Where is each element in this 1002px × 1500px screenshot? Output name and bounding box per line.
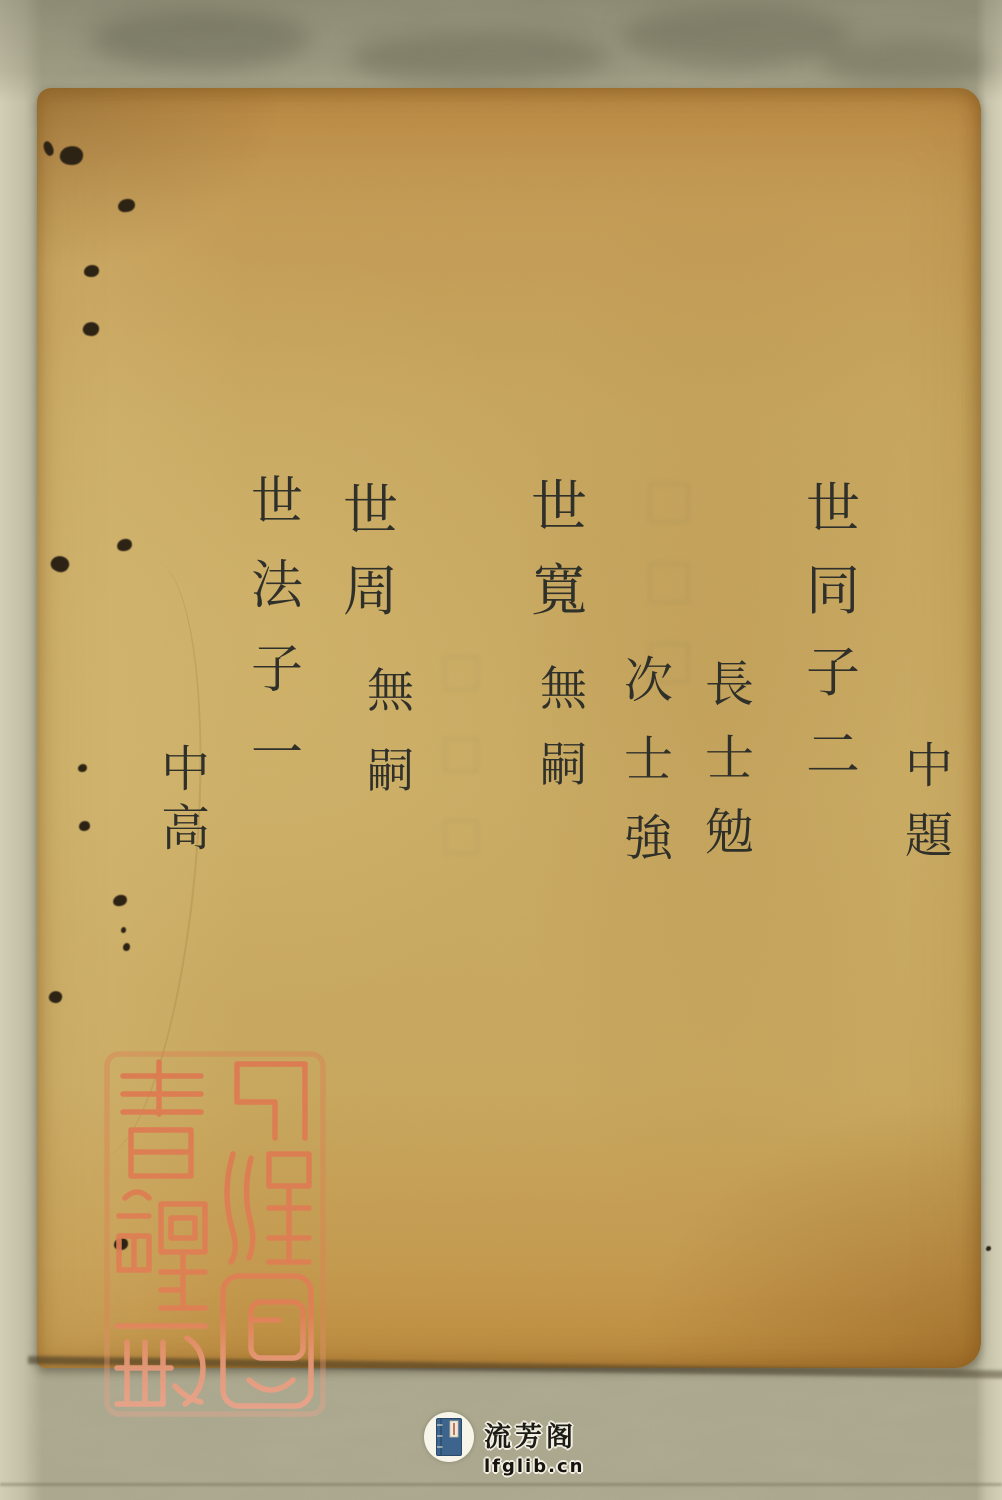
backing-sheet-edge-line <box>0 1483 1002 1486</box>
watermark-site-url: lfglib.cn <box>484 1456 584 1477</box>
site-watermark: 流芳阁 lfglib.cn <box>424 1412 584 1477</box>
seal-glyph-shang <box>237 1064 305 1138</box>
watermark-site-name: 流芳阁 <box>484 1415 584 1454</box>
backing-blotch <box>620 6 850 66</box>
seal-glyph-guan <box>119 1192 205 1308</box>
seal-glyph-shu <box>123 1062 201 1176</box>
backing-blotch <box>90 8 310 68</box>
seal-glyph-cang <box>117 1326 205 1404</box>
book-icon <box>436 1418 462 1456</box>
backing-blotch <box>350 30 610 85</box>
backing-left-edge <box>0 0 42 1500</box>
scanned-genealogy-page: □□□□□□ 世同子二中題長士勉次士強世寬無嗣世周無嗣世法子一中高 上海圖書館藏 <box>0 0 1002 1500</box>
watermark-badge <box>424 1412 474 1462</box>
backing-blotch <box>820 38 990 88</box>
seal-glyph-tu <box>223 1276 311 1406</box>
seal-glyph-hai <box>227 1154 309 1262</box>
library-seal-stamp <box>103 1050 327 1418</box>
